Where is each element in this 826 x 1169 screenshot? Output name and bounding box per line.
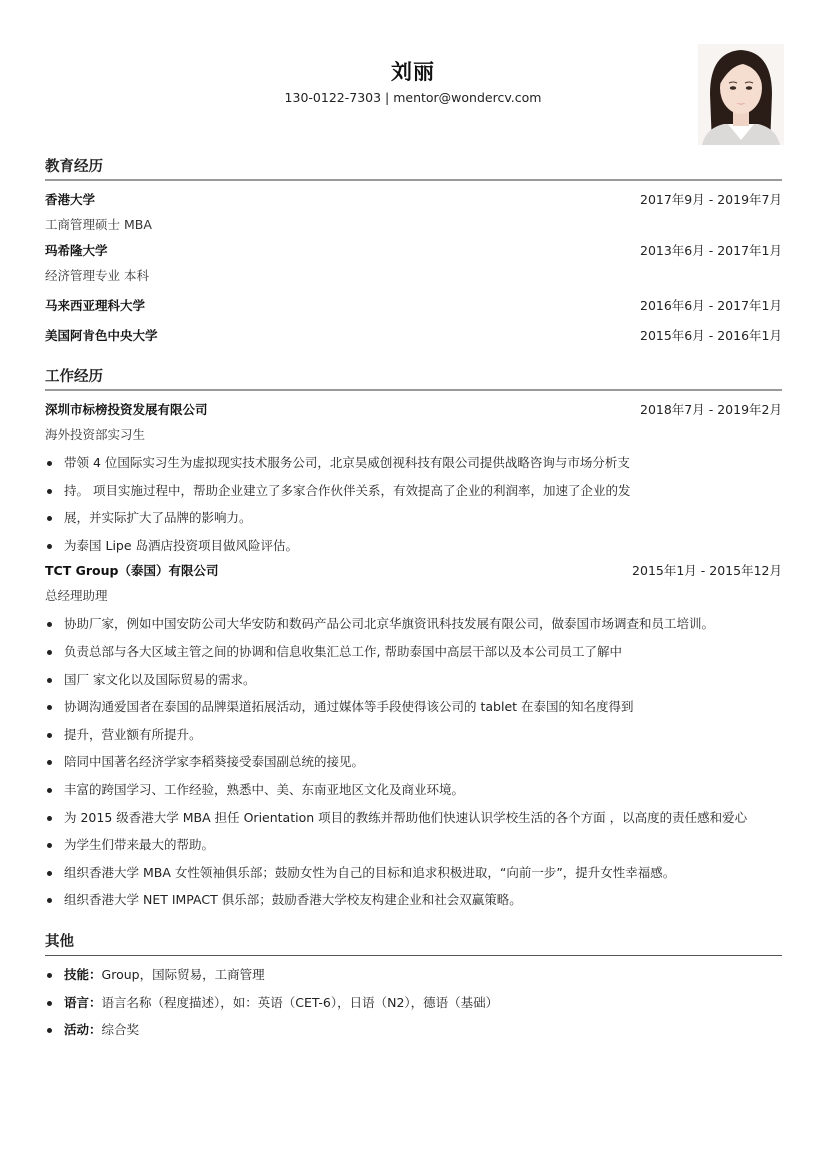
profile-photo: [698, 44, 784, 145]
bullet-icon: [47, 516, 52, 521]
company-name: 深圳市标榜投资发展有限公司: [45, 398, 208, 421]
item-value: 综合奖: [102, 1022, 140, 1037]
other-section: 其他 技能：Group，国际贸易，工商管理 语言：语言名称（程度描述），如：英语…: [45, 932, 782, 1044]
activities-item: 活动：综合奖: [45, 1016, 782, 1044]
bullet-item: 为泰国 Lipe 岛酒店投资项目做风险评估。: [45, 532, 782, 560]
bullet-item: 持。 项目实施过程中，帮助企业建立了多家合作伙伴关系，有效提高了企业的利润率，加…: [45, 477, 782, 505]
school-name: 马来西亚理科大学: [45, 294, 145, 317]
bullet-item: 为学生们带来最大的帮助。: [45, 831, 782, 859]
item-key: 技能：: [64, 967, 102, 982]
date-range: 2015年1月 - 2015年12月: [632, 559, 782, 582]
bullet-item: 负责总部与各大区域主管之间的协调和信息收集汇总工作, 帮助泰国中高层干部以及本公…: [45, 638, 782, 666]
date-range: 2016年6月 - 2017年1月: [640, 294, 782, 317]
bullet-icon: [47, 1001, 52, 1006]
bullet-icon: [47, 1028, 52, 1033]
bullet-icon: [47, 898, 52, 903]
work-bullets: 协助厂家，例如中国安防公司大华安防和数码产品公司北京华旗资讯科技发展有限公司，做…: [45, 610, 782, 914]
bullet-item: 带领 4 位国际实习生为虚拟现实技术服务公司，北京昊威创视科技有限公司提供战略咨…: [45, 449, 782, 477]
bullet-item: 陪同中国著名经济学家李稻葵接受泰国副总统的接见。: [45, 748, 782, 776]
item-key: 语言：: [64, 995, 102, 1010]
item-value: 语言名称（程度描述），如：英语（CET-6），日语（N2），德语（基础）: [102, 995, 499, 1010]
bullet-icon: [47, 461, 52, 466]
skills-item: 技能：Group，国际贸易，工商管理: [45, 961, 782, 989]
bullet-icon: [47, 733, 52, 738]
bullet-item: 协调沟通爱国者在泰国的品牌渠道拓展活动，通过媒体等手段使得该公司的 tablet…: [45, 693, 782, 721]
work-section: 工作经历 深圳市标榜投资发展有限公司 2018年7月 - 2019年2月 海外投…: [45, 367, 782, 914]
bullet-icon: [47, 544, 52, 549]
bullet-icon: [47, 705, 52, 710]
bullet-icon: [47, 973, 52, 978]
bullet-icon: [47, 788, 52, 793]
bullet-icon: [47, 650, 52, 655]
section-title-work: 工作经历: [45, 367, 782, 391]
work-entry-header: TCT Group（泰国）有限公司 2015年1月 - 2015年12月: [45, 559, 782, 582]
bullet-icon: [47, 816, 52, 821]
education-entry: 玛希隆大学 2013年6月 - 2017年1月: [45, 239, 782, 262]
bullet-item: 为 2015 级香港大学 MBA 担任 Orientation 项目的教练并帮助…: [45, 804, 782, 832]
education-entry: 香港大学 2017年9月 - 2019年7月: [45, 188, 782, 211]
company-name: TCT Group（泰国）有限公司: [45, 559, 218, 582]
bullet-item: 组织香港大学 MBA 女性领袖俱乐部；鼓励女性为自己的目标和追求积极进取，“向前…: [45, 859, 782, 887]
work-entry-header: 深圳市标榜投资发展有限公司 2018年7月 - 2019年2月: [45, 398, 782, 421]
degree: 工商管理硕士 MBA: [45, 211, 782, 239]
date-range: 2015年6月 - 2016年1月: [640, 324, 782, 347]
education-entry: 马来西亚理科大学 2016年6月 - 2017年1月: [45, 290, 782, 320]
bullet-item: 组织香港大学 NET IMPACT 俱乐部；鼓励香港大学校友构建企业和社会双赢策…: [45, 886, 782, 914]
section-title-education: 教育经历: [45, 157, 782, 181]
education-section: 教育经历 香港大学 2017年9月 - 2019年7月 工商管理硕士 MBA 玛…: [45, 157, 782, 350]
bullet-item: 丰富的跨国学习、工作经验，熟悉中、美、东南亚地区文化及商业环境。: [45, 776, 782, 804]
school-name: 玛希隆大学: [45, 239, 108, 262]
section-title-other: 其他: [45, 932, 782, 956]
date-range: 2018年7月 - 2019年2月: [640, 398, 782, 421]
item-key: 活动：: [64, 1022, 102, 1037]
school-name: 香港大学: [45, 188, 95, 211]
bullet-icon: [47, 678, 52, 683]
school-name: 美国阿肯色中央大学: [45, 324, 158, 347]
item-value: Group，国际贸易，工商管理: [102, 967, 265, 982]
bullet-icon: [47, 871, 52, 876]
bullet-item: 提升，营业额有所提升。: [45, 721, 782, 749]
bullet-item: 展，并实际扩大了品牌的影响力。: [45, 504, 782, 532]
work-bullets: 带领 4 位国际实习生为虚拟现实技术服务公司，北京昊威创视科技有限公司提供战略咨…: [45, 449, 782, 559]
job-role: 海外投资部实习生: [45, 421, 782, 449]
bullet-item: 协助厂家，例如中国安防公司大华安防和数码产品公司北京华旗资讯科技发展有限公司，做…: [45, 610, 782, 638]
bullet-icon: [47, 622, 52, 627]
other-bullets: 技能：Group，国际贸易，工商管理 语言：语言名称（程度描述），如：英语（CE…: [45, 961, 782, 1044]
degree: 经济管理专业 本科: [45, 262, 782, 290]
bullet-icon: [47, 489, 52, 494]
resume-page: 刘丽 130-0122-7303 | mentor@wondercv.com: [0, 0, 826, 1169]
job-role: 总经理助理: [45, 582, 782, 610]
date-range: 2017年9月 - 2019年7月: [640, 188, 782, 211]
date-range: 2013年6月 - 2017年1月: [640, 239, 782, 262]
education-entry: 美国阿肯色中央大学 2015年6月 - 2016年1月: [45, 320, 782, 350]
languages-item: 语言：语言名称（程度描述），如：英语（CET-6），日语（N2），德语（基础）: [45, 989, 782, 1017]
bullet-icon: [47, 760, 52, 765]
bullet-icon: [47, 843, 52, 848]
portrait-icon: [698, 44, 784, 145]
bullet-item: 国厂 家文化以及国际贸易的需求。: [45, 666, 782, 694]
